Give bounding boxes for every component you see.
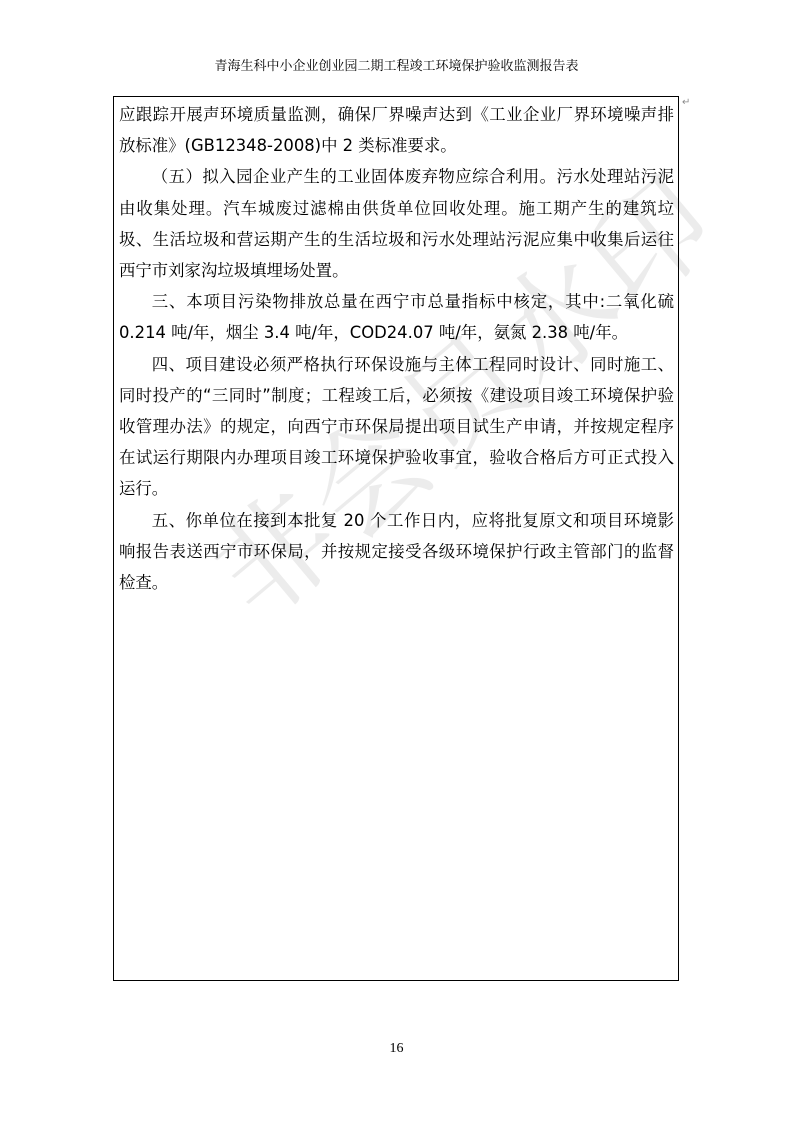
- body-text: 应跟踪开展声环境质量监测，确保厂界噪声达到《工业企业厂界环境噪声排放标准》(GB…: [119, 99, 674, 598]
- paragraph-emission-totals: 三、本项目污染物排放总量在西宁市总量指标中核定，其中:二氧化硫 0.214 吨/…: [119, 286, 674, 348]
- paragraph-noise-standard: 应跟踪开展声环境质量监测，确保厂界噪声达到《工业企业厂界环境噪声排放标准》(GB…: [119, 99, 674, 161]
- page-header: 青海生科中小企业创业园二期工程竣工环境保护验收监测报告表: [0, 59, 793, 75]
- paragraph-three-simultaneous: 四、项目建设必须严格执行环保设施与主体工程同时设计、同时施工、同时投产的“三同时…: [119, 349, 674, 505]
- paragraph-solid-waste: （五）拟入园企业产生的工业固体废弃物应综合利用。污水处理站污泥由收集处理。汽车城…: [119, 161, 674, 286]
- document-title: 青海生科中小企业创业园二期工程竣工环境保护验收监测报告表: [214, 59, 578, 74]
- page-number: 16: [0, 1041, 793, 1057]
- content-table-cell: 应跟踪开展声环境质量监测，确保厂界噪声达到《工业企业厂界环境噪声排放标准》(GB…: [113, 96, 679, 981]
- paragraph-submission: 五、你单位在接到本批复 20 个工作日内，应将批复原文和项目环境影响报告表送西宁…: [119, 505, 674, 599]
- paragraph-mark-icon: ↵: [682, 98, 690, 108]
